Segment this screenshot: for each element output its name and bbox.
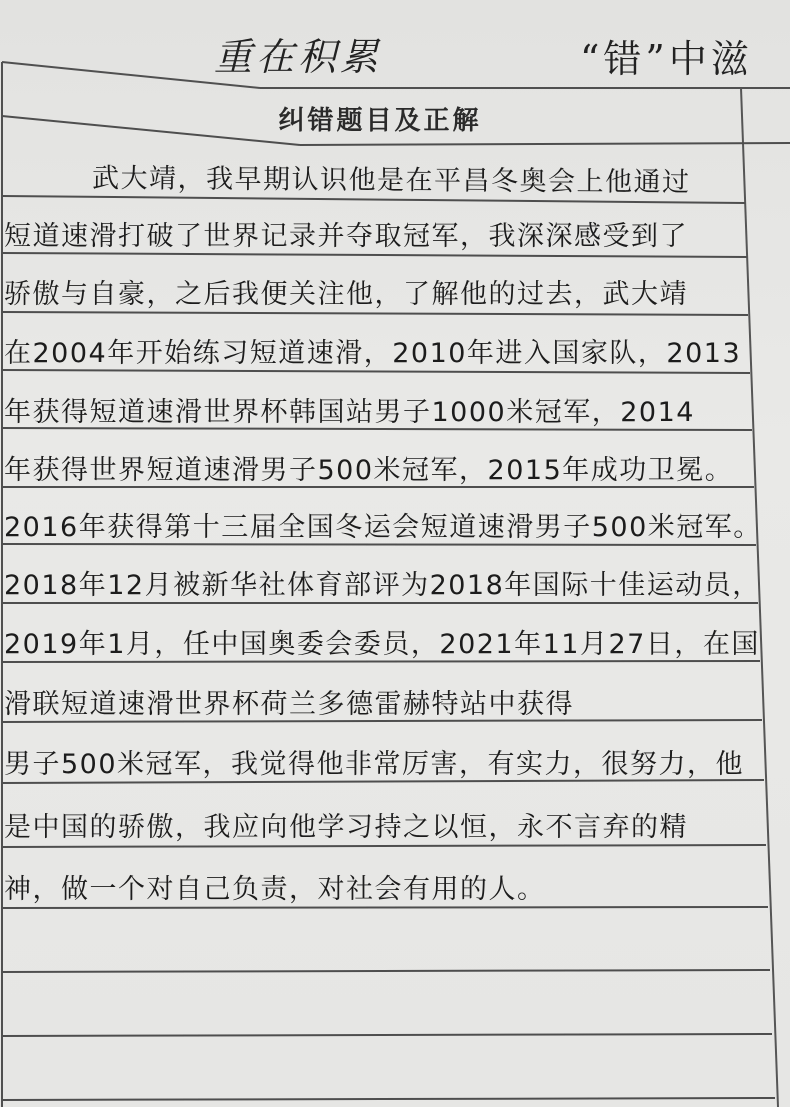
empty-line [4, 1058, 764, 1092]
handwriting-line: 短道速滑打破了世界记录并夺取冠军，我深深感受到了 [4, 214, 746, 253]
handwriting-line: 2019年1月，任中国奥委会委员，2021年11月27日，在国际 [4, 622, 758, 661]
handwriting-line: 在2004年开始练习短道速滑，2010年进入国家队，2013 [4, 331, 750, 370]
notebook-page: 重在积累 “错”中滋 纠错题目及正解 武大靖，我早期认识他是在平昌冬奥会上他通 [0, 0, 790, 1107]
handwriting-line: 年获得世界短道速滑男子500米冠军，2015年成功卫冕。 [4, 448, 754, 487]
table-title: 纠错题目及正解 [278, 100, 481, 137]
handwriting-line: 2018年12月被新华社体育部评为2018年国际十佳运动员， [4, 563, 756, 602]
handwriting-line: 滑联短道速滑世界杯荷兰多德雷赫特站中获得 [4, 682, 760, 721]
empty-line [4, 994, 764, 1028]
empty-line [4, 930, 764, 964]
handwriting-line: 是中国的骄傲，我应向他学习持之以恒，永不言弃的精 [4, 805, 764, 844]
handwriting-line: 男子500米冠军，我觉得他非常厉害，有实力，很努力，他 [4, 742, 762, 781]
handwriting-line: 2016年获得第十三届全国冬运会短道速滑男子500米冠军。 [4, 505, 774, 544]
handwriting-line: 年获得短道速滑世界杯韩国站男子1000米冠军，2014 [4, 390, 752, 429]
empty-line [4, 1102, 764, 1106]
handwriting-line: 骄傲与自豪，之后我便关注他，了解他的过去，武大靖 [4, 272, 748, 311]
handwriting-line: 神，做一个对自己负责，对社会有用的人。 [4, 867, 764, 906]
handwriting-line: 武大靖，我早期认识他是在平昌冬奥会上他通过 [92, 156, 742, 200]
table-title-row: 纠错题目及正解 [0, 92, 740, 144]
